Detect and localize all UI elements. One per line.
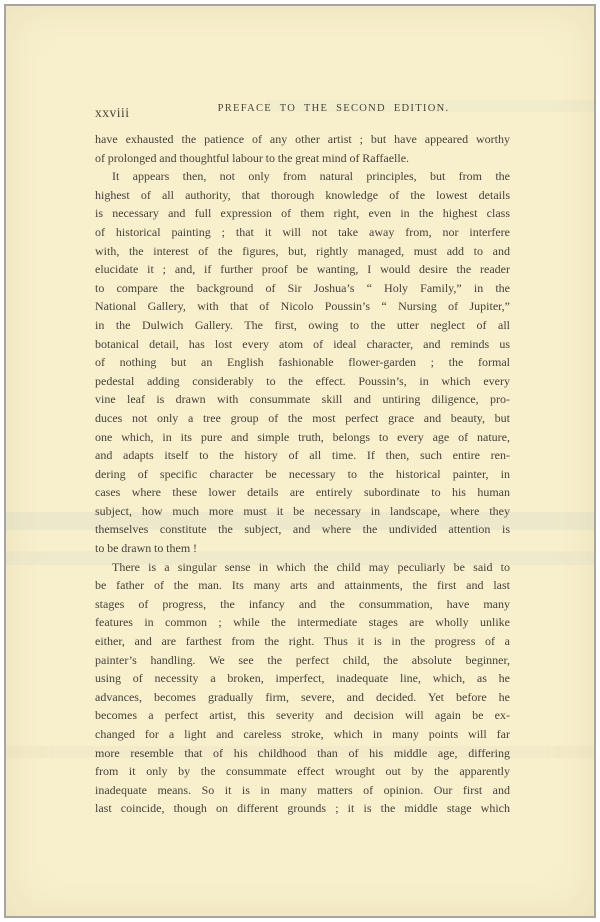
text-line: using of necessity a broken, imperfect, … — [95, 669, 510, 688]
text-line: botanical detail, has lost every atom of… — [95, 335, 510, 354]
text-line: becomes a perfect artist, this severity … — [95, 706, 510, 725]
text-line: elucidate it ; and, if further proof be … — [95, 260, 510, 279]
text-line: of nothing but an English fashionable fl… — [95, 353, 510, 372]
text-block: have exhausted the patience of any other… — [95, 130, 510, 818]
text-line: features in common ; while the intermedi… — [95, 613, 510, 632]
text-line: highest of all authority, that thorough … — [95, 186, 510, 205]
text-line: pedestal adding considerably to the effe… — [95, 372, 510, 391]
book-page: xxviii PREFACE TO THE SECOND EDITION. ha… — [4, 4, 596, 918]
text-line: There is a singular sense in which the c… — [95, 558, 510, 577]
text-line: inadequate means. So it is in many matte… — [95, 781, 510, 800]
text-line: one which, in its pure and simple truth,… — [95, 428, 510, 447]
scanned-page: xxviii PREFACE TO THE SECOND EDITION. ha… — [0, 0, 600, 922]
text-line: of prolonged and thoughtful labour to th… — [95, 149, 510, 168]
paragraph: There is a singular sense in which the c… — [95, 558, 510, 818]
text-line: advances, becomes gradually firm, severe… — [95, 688, 510, 707]
text-line: vine leaf is drawn with consummate skill… — [95, 390, 510, 409]
paragraph: have exhausted the patience of any other… — [95, 130, 510, 167]
text-line: of historical painting ; that it will no… — [95, 223, 510, 242]
text-line: last coincide, though on different groun… — [95, 799, 510, 818]
text-line: and adapts itself to the history of all … — [95, 446, 510, 465]
page-header: xxviii PREFACE TO THE SECOND EDITION. — [95, 103, 510, 114]
text-line: changed for a light and careless stroke,… — [95, 725, 510, 744]
text-line: themselves constitute the subject, and w… — [95, 520, 510, 539]
text-line: It appears then, not only from natural p… — [95, 167, 510, 186]
page-number: xxviii — [95, 105, 130, 121]
text-line: duces not only a tree group of the most … — [95, 409, 510, 428]
text-line: more resemble that of his childhood than… — [95, 744, 510, 763]
running-header: PREFACE TO THE SECOND EDITION. — [95, 103, 510, 114]
text-line: in the Dulwich Gallery. The first, owing… — [95, 316, 510, 335]
text-line: to compare the background of Sir Joshua’… — [95, 279, 510, 298]
text-line: subject, how much more must it be necess… — [95, 502, 510, 521]
text-line: National Gallery, with that of Nicolo Po… — [95, 297, 510, 316]
text-line: from it only by the consummate effect wr… — [95, 762, 510, 781]
paragraph: It appears then, not only from natural p… — [95, 167, 510, 557]
text-line: with, the interest of the figures, but, … — [95, 242, 510, 261]
text-line: either, and are farthest from the right.… — [95, 632, 510, 651]
text-line: be father of the man. Its many arts and … — [95, 576, 510, 595]
text-line: have exhausted the patience of any other… — [95, 130, 510, 149]
text-line: stages of progress, the infancy and the … — [95, 595, 510, 614]
text-line: cases where these lower details are enti… — [95, 483, 510, 502]
text-line: painter’s handling. We see the perfect c… — [95, 651, 510, 670]
text-line: to be drawn to them ! — [95, 539, 510, 558]
text-line: is necessary and full expression of them… — [95, 204, 510, 223]
text-line: dering of specific character be necessar… — [95, 465, 510, 484]
